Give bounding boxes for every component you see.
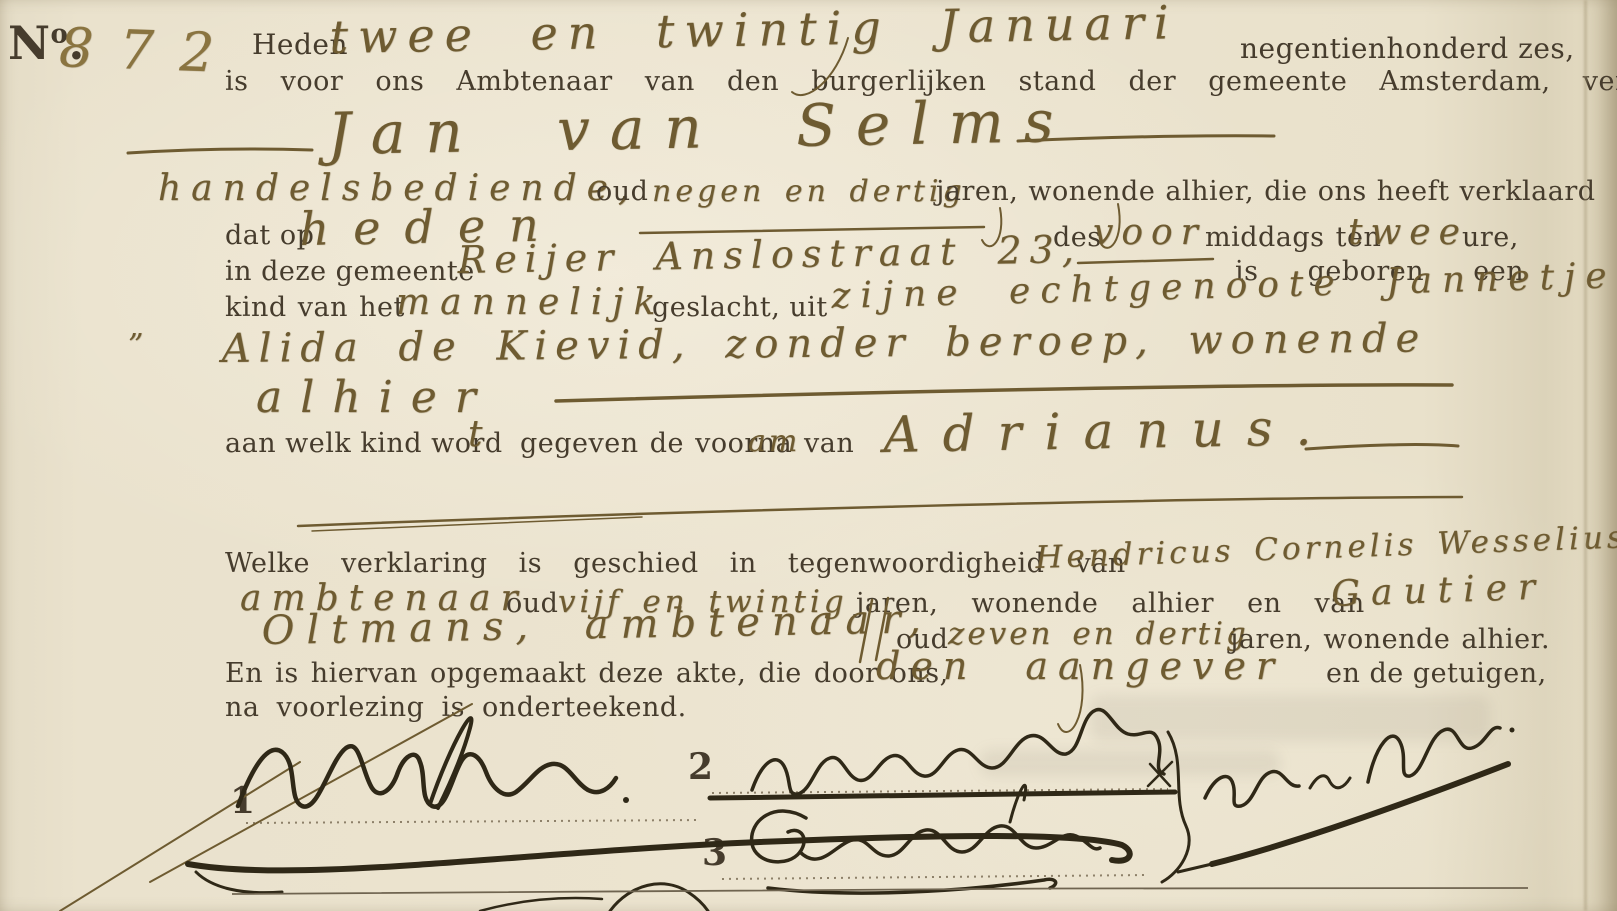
signature1-swoosh — [188, 836, 1130, 870]
section-divider-echo — [312, 517, 642, 531]
dotted-line-1 — [246, 820, 700, 823]
declarant-age: negen en dertig — [652, 174, 966, 209]
registrar-van — [1310, 776, 1350, 788]
registrar-heavy-diagonal — [1212, 764, 1508, 864]
signature1-ascender — [430, 718, 471, 808]
page-crease — [1584, 0, 1587, 911]
hour-handwritten: twee — [1348, 212, 1468, 253]
ink-bleedthrough — [1090, 695, 1490, 741]
bottom-cutoff-stroke-1 — [610, 884, 708, 911]
dotted-line-2 — [712, 789, 1168, 793]
signature1-period — [623, 797, 629, 803]
signature-number-3: 3 — [702, 832, 728, 874]
witness-intro-label: Welke verklaring is geschied in tegenwoo… — [225, 548, 1126, 579]
signature3-ascender — [1010, 785, 1026, 822]
year-printed: negentienhonderd zes, — [1240, 32, 1575, 65]
signature2-strike-line — [710, 792, 1175, 798]
signature1-swoosh-tail — [196, 872, 282, 893]
signature-number-2: 2 — [688, 746, 714, 788]
signature3-underline — [768, 879, 1056, 893]
ure-label: ure, — [1462, 222, 1519, 253]
en-de-getuigen-label: en de getuigen, — [1326, 658, 1547, 689]
aangever-handwritten: den aangever — [876, 644, 1284, 688]
registrar-diagonal-tail — [1178, 864, 1212, 872]
signature1-hairline-1 — [60, 762, 300, 911]
am-handwritten: am — [748, 424, 800, 459]
witness2-firstname: Gautier — [1331, 567, 1547, 615]
dotted-line-3 — [722, 875, 1148, 879]
act-number-value: 872 — [58, 16, 241, 85]
signature3-scrawl — [800, 826, 1100, 859]
na-voorlezing-label: na voorlezing is onderteekend. — [225, 692, 687, 723]
ink-bleedthrough — [980, 750, 1280, 776]
aan-welk-label: aan welk kind word — [225, 428, 503, 459]
birth-certificate-scan: No. 872 Heden twee en twintig Januari ne… — [0, 0, 1617, 911]
bottom-page-rule — [232, 888, 1528, 894]
en-is-label: En is hiervan opgemaakt deze akte, die d… — [225, 658, 949, 689]
section-divider-stroke — [298, 497, 1462, 526]
daypart-handwritten: voor — [1093, 212, 1206, 253]
after-age-printed: jaren, wonende alhier, die ons heeft ver… — [936, 176, 1596, 207]
act-number-n: N — [8, 16, 51, 70]
kind-van-het-label: kind van het — [225, 292, 405, 323]
ditto-mark: ” — [128, 328, 143, 363]
geslacht-uit-label: geslacht, uit — [652, 292, 828, 323]
blank-rule-address — [1078, 259, 1213, 263]
registrar-period — [1510, 728, 1515, 733]
declarant-name: Jan van Selms — [327, 87, 1074, 168]
mother-name: Alida de Kievid, zonder beroep, wonende — [222, 315, 1428, 372]
witness2-signature — [752, 785, 1100, 893]
declarant-signature — [60, 704, 1130, 911]
signature1-scrawl — [238, 746, 616, 806]
van-label: van — [804, 428, 854, 459]
signature1-hairline-2 — [150, 704, 472, 882]
child-name: Adrianus. — [883, 398, 1335, 464]
signature3-g-loop — [752, 811, 806, 862]
registrar-initials — [1205, 771, 1299, 806]
t-handwritten: t — [468, 414, 482, 455]
bottom-cutoff-stroke-2 — [480, 898, 602, 911]
alhier-handwritten: alhier — [256, 372, 494, 423]
signature-number-1: 1 — [230, 780, 256, 822]
dash-before-name — [128, 149, 312, 153]
date-handwritten: twee en twintig Januari — [329, 0, 1179, 64]
gender-handwritten: mannelijk — [396, 282, 665, 323]
oud-label-1: oud — [596, 176, 648, 207]
